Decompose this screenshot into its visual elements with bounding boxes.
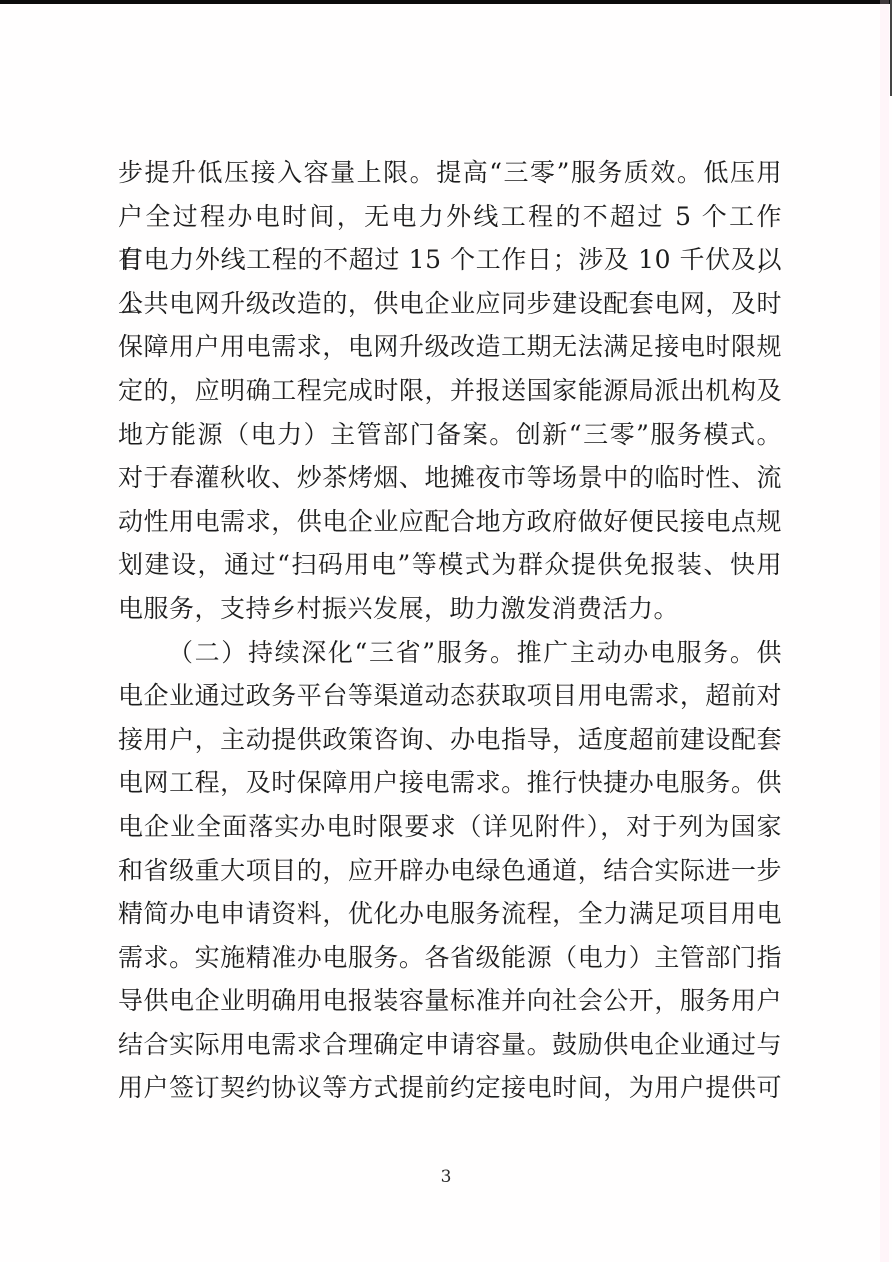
text-line: 保障用户用电需求，电网升级改造工期无法满足接电时限规	[118, 325, 782, 369]
text-line: 用户签订契约协议等方式提前约定接电时间，为用户提供可	[118, 1066, 782, 1110]
text-line: 和省级重大项目的，应开辟办电绿色通道，结合实际进一步	[118, 849, 782, 893]
text-line: 结合实际用电需求合理确定申请容量。鼓励供电企业通过与	[118, 1023, 782, 1067]
text-line: 需求。实施精准办电服务。各省级能源（电力）主管部门指	[118, 936, 782, 980]
text-line: （二）持续深化“三省”服务。推广主动办电服务。供	[118, 631, 782, 675]
text-line: 对于春灌秋收、炒茶烤烟、地摊夜市等场景中的临时性、流	[118, 456, 782, 500]
scan-tint-right	[880, 0, 889, 1262]
text-line: 电企业全面落实办电时限要求（详见附件），对于列为国家	[118, 805, 782, 849]
text-line: 定的，应明确工程完成时限，并报送国家能源局派出机构及	[118, 369, 782, 413]
text-line: 户全过程办电时间，无电力外线工程的不超过 5 个工作日，	[118, 195, 782, 239]
document-lines: 步提升低压接入容量上限。提高“三零”服务质效。低压用户全过程办电时间，无电力外线…	[118, 151, 782, 1110]
text-line: 电企业通过政务平台等渠道动态获取项目用电需求，超前对	[118, 674, 782, 718]
text-line: 接用户，主动提供政策咨询、办电指导，适度超前建设配套	[118, 718, 782, 762]
text-line: 精简办电申请资料，优化办电服务流程，全力满足项目用电	[118, 892, 782, 936]
text-line: 导供电企业明确用电报装容量标准并向社会公开，服务用户	[118, 979, 782, 1023]
document-page: 步提升低压接入容量上限。提高“三零”服务质效。低压用户全过程办电时间，无电力外线…	[0, 0, 892, 1262]
text-line: 地方能源（电力）主管部门备案。创新“三零”服务模式。	[118, 413, 782, 457]
text-line: 划建设，通过“扫码用电”等模式为群众提供免报装、快用	[118, 543, 782, 587]
document-body: 步提升低压接入容量上限。提高“三零”服务质效。低压用户全过程办电时间，无电力外线…	[118, 151, 782, 1110]
text-line: 有电力外线工程的不超过 15 个工作日；涉及 10 千伏及以上	[118, 238, 782, 282]
text-line: 电网工程，及时保障用户接电需求。推行快捷办电服务。供	[118, 761, 782, 805]
text-line: 公共电网升级改造的，供电企业应同步建设配套电网，及时	[118, 282, 782, 326]
text-line: 电服务，支持乡村振兴发展，助力激发消费活力。	[118, 587, 782, 631]
text-line: 动性用电需求，供电企业应配合地方政府做好便民接电点规	[118, 500, 782, 544]
text-line: 步提升低压接入容量上限。提高“三零”服务质效。低压用	[118, 151, 782, 195]
scan-edge-top	[0, 0, 892, 4]
page-number: 3	[0, 1167, 892, 1187]
